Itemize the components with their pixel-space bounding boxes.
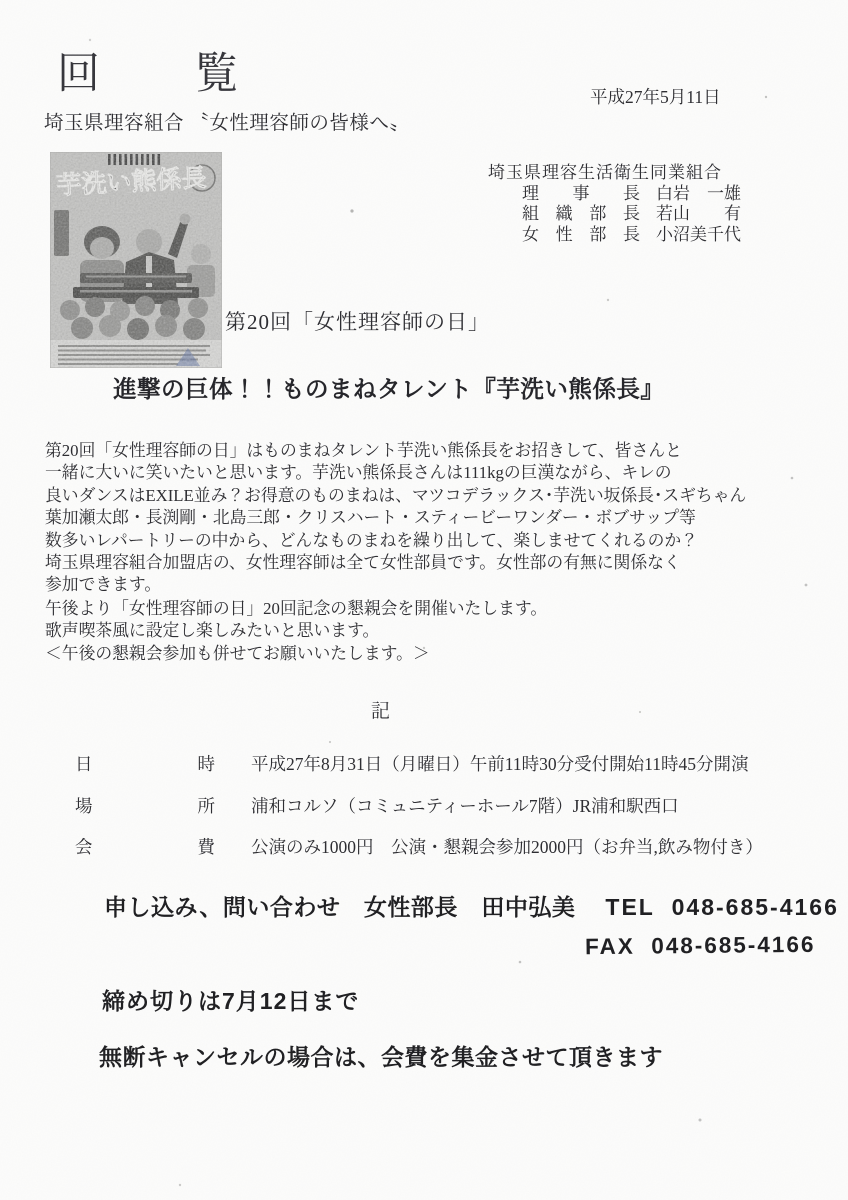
body-line: 午後より「女性理容師の日」20回記念の懇親会を開催いたします。 <box>45 598 547 620</box>
detail-row-fee: 会 費公演のみ1000円 公演・懇親会参加2000円（お弁当,飲み物付き） <box>75 834 763 876</box>
cancel-policy-line: 無断キャンセルの場合は、会費を集金させて頂きます <box>99 1039 663 1072</box>
tel-number: TEL 048-685-4166 <box>605 894 838 920</box>
fax-label: FAX <box>585 934 635 960</box>
issuing-organization-block: 埼玉県理容生活衛生同業組合 理事長白岩 一雄 組織部長若山 有 女性部長小沼美千… <box>488 163 741 245</box>
detail-value: 公演のみ1000円 公演・懇親会参加2000円（お弁当,飲み物付き） <box>251 837 763 857</box>
scanned-circular-page: 回 覧 平成27年5月11日 埼玉県理容組合 〝女性理容師の皆様へ〟 <box>0 0 848 1200</box>
notice-mark: 記 <box>371 696 390 723</box>
body-line: 参加できます。 <box>45 574 746 596</box>
body-line: 数多いレパートリーの中から、どんなものまねを繰り出して、楽しませてくれるのか？ <box>45 530 746 552</box>
body-line: 良いダンスはEXILE並み？お得意のものまねは、マツコデラックス･芋洗い坂係長･… <box>45 485 746 507</box>
officer-role: 女性部長 <box>522 225 640 246</box>
organization-name: 埼玉県理容生活衛生同業組合 <box>488 163 741 184</box>
page-title: 回 覧 <box>57 40 264 101</box>
contact-line: 申し込み、問い合わせ 女性部長 田中弘美TEL 048-685-4166 <box>104 889 839 922</box>
deadline-line: 締め切りは7月12日まで <box>102 983 359 1016</box>
event-details-list: 日 時平成27年8月31日（月曜日）午前11時30分受付開始11時45分開演 場… <box>75 751 763 876</box>
body-paragraph-1: 第20回「女性理容師の日」はものまねタレント芋洗い熊係長をお招きして、皆さんと … <box>45 440 746 597</box>
officer-row: 理事長白岩 一雄 <box>522 184 741 205</box>
detail-value: 浦和コルソ（コミュニティーホール7階）JR浦和駅西口 <box>251 796 679 816</box>
detail-row-datetime: 日 時平成27年8月31日（月曜日）午前11時30分受付開始11時45分開演 <box>75 751 763 793</box>
officer-name: 白岩 一雄 <box>656 184 741 203</box>
event-poster-image: 芋洗い熊係長 <box>50 152 222 368</box>
body-line: 第20回「女性理容師の日」はものまねタレント芋洗い熊係長をお招きして、皆さんと <box>45 440 746 462</box>
issue-date: 平成27年5月11日 <box>590 84 721 109</box>
officer-row: 女性部長小沼美千代 <box>522 225 741 246</box>
body-line: 歌声喫茶風に設定し楽しみたいと思います。 <box>45 620 547 642</box>
body-line: 埼玉県理容組合加盟店の、女性理容師は全て女性部員です。女性部の有無に関係なく <box>45 552 746 574</box>
body-paragraph-2: 午後より「女性理容師の日」20回記念の懇親会を開催いたします。 歌声喫茶風に設定… <box>45 598 547 665</box>
guest-heading: 進撃の巨体！！ものまねタレント『芋洗い熊係長』 <box>113 370 664 404</box>
tel-label: TEL <box>605 894 654 920</box>
tel-value: 048-685-4166 <box>672 894 839 920</box>
body-line: 葉加瀬太郎・長渕剛・北島三郎・クリスハート・スティービーワンダー・ボブサップ等 <box>45 507 746 529</box>
detail-label: 会 費 <box>75 834 215 859</box>
officer-row: 組織部長若山 有 <box>522 204 741 225</box>
officer-role: 組織部長 <box>522 204 640 225</box>
contact-text: 申し込み、問い合わせ 女性部長 田中弘美 <box>104 894 575 920</box>
officer-role: 理事長 <box>522 184 640 205</box>
officer-name: 若山 有 <box>656 204 741 223</box>
event-heading: 第20回「女性理容師の日」 <box>225 306 490 336</box>
addressee-line: 埼玉県理容組合 〝女性理容師の皆様へ〟 <box>44 107 409 135</box>
body-line: 一緒に大いに笑いたいと思います。芋洗い熊係長さんは111kgの巨漢ながら、キレの <box>45 462 746 484</box>
body-line: ＜午後の懇親会参加も併せてお願いいたします。＞ <box>45 643 547 665</box>
officer-name: 小沼美千代 <box>656 225 741 244</box>
detail-row-place: 場 所浦和コルソ（コミュニティーホール7階）JR浦和駅西口 <box>75 793 763 835</box>
poster-graphic: 芋洗い熊係長 <box>50 152 222 368</box>
fax-number: FAX 048-685-4166 <box>585 932 816 960</box>
detail-value: 平成27年8月31日（月曜日）午前11時30分受付開始11時45分開演 <box>251 754 748 774</box>
fax-value: 048-685-4166 <box>651 932 815 959</box>
detail-label: 場 所 <box>75 793 215 818</box>
detail-label: 日 時 <box>75 751 215 776</box>
